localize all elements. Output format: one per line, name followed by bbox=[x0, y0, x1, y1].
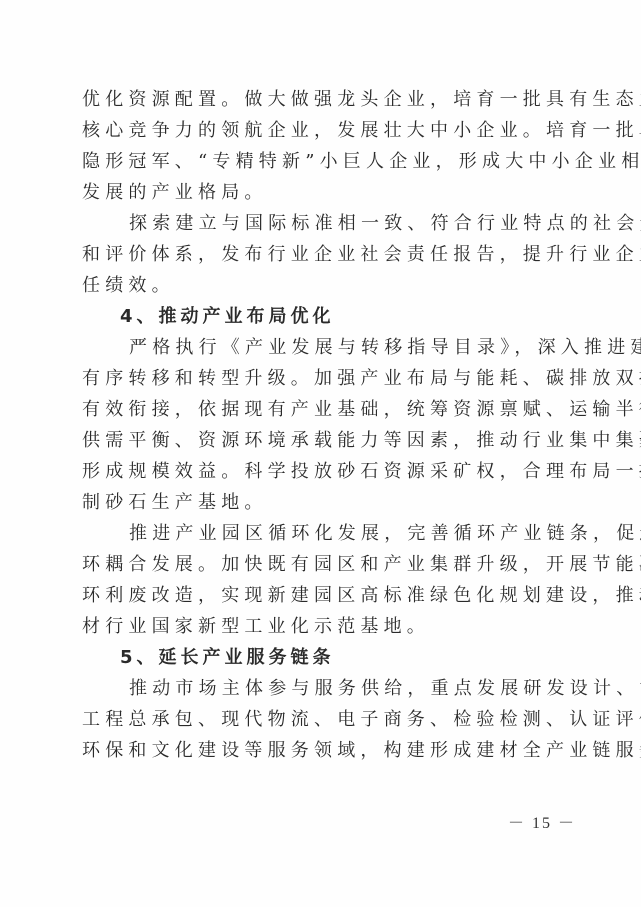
text-line: 有效衔接，依据现有产业基础，统筹资源禀赋、运输半径、区域 bbox=[82, 394, 556, 425]
text-line: 制砂石生产基地。 bbox=[82, 487, 556, 518]
paragraph-social-responsibility: 探索建立与国际标准相一致、符合行业特点的社会责任指标 和评价体系，发布行业企业社… bbox=[82, 208, 556, 301]
text-line: 有序转移和转型升级。加强产业布局与能耗、碳排放双控政策的 bbox=[82, 363, 556, 394]
text-line: 环保和文化建设等服务领域，构建形成建材全产业链服务体系， bbox=[82, 735, 556, 766]
text-line: 推动市场主体参与服务供给，重点发展研发设计、评估咨询、 bbox=[82, 673, 556, 704]
paragraph-service-chain: 推动市场主体参与服务供给，重点发展研发设计、评估咨询、 工程总承包、现代物流、电… bbox=[82, 673, 556, 766]
text-line: 形成规模效益。科学投放砂石资源采矿权，合理布局一批大型机 bbox=[82, 456, 556, 487]
text-line: 发展的产业格局。 bbox=[82, 177, 556, 208]
paragraph-industry-structure: 优化资源配置。做大做强龙头企业，培育一批具有生态主导力和 核心竞争力的领航企业，… bbox=[82, 84, 556, 208]
text-line: 环利废改造，实现新建园区高标准绿色化规划建设，推动建设建 bbox=[82, 580, 556, 611]
section-heading-4: 4、推动产业布局优化 bbox=[82, 301, 556, 332]
text-line: 优化资源配置。做大做强龙头企业，培育一批具有生态主导力和 bbox=[82, 84, 556, 115]
text-line: 任绩效。 bbox=[82, 270, 556, 301]
text-line: 隐形冠军、“专精特新”小巨人企业，形成大中小企业相互协同 bbox=[82, 146, 556, 177]
text-line: 探索建立与国际标准相一致、符合行业特点的社会责任指标 bbox=[82, 208, 556, 239]
page-number: － 15 － bbox=[508, 810, 576, 833]
text-line: 环耦合发展。加快既有园区和产业集群升级，开展节能减排、循 bbox=[82, 549, 556, 580]
paragraph-industrial-parks: 推进产业园区循环化发展，完善循环产业链条，促进产业循 环耦合发展。加快既有园区和… bbox=[82, 518, 556, 642]
text-line: 工程总承包、现代物流、电子商务、检验检测、认证评价、节能 bbox=[82, 704, 556, 735]
text-line: 供需平衡、资源环境承载能力等因素，推动行业集中集聚发展， bbox=[82, 425, 556, 456]
text-line: 核心竞争力的领航企业，发展壮大中小企业。培育一批单项冠军、 bbox=[82, 115, 556, 146]
document-page: 优化资源配置。做大做强龙头企业，培育一批具有生态主导力和 核心竞争力的领航企业，… bbox=[0, 0, 641, 907]
document-body: 优化资源配置。做大做强龙头企业，培育一批具有生态主导力和 核心竞争力的领航企业，… bbox=[82, 84, 556, 766]
text-line: 和评价体系，发布行业企业社会责任报告，提升行业企业社会责 bbox=[82, 239, 556, 270]
text-line: 推进产业园区循环化发展，完善循环产业链条，促进产业循 bbox=[82, 518, 556, 549]
text-line: 材行业国家新型工业化示范基地。 bbox=[82, 611, 556, 642]
section-heading-5: 5、延长产业服务链条 bbox=[82, 642, 556, 673]
paragraph-layout-optimization: 严格执行《产业发展与转移指导目录》，深入推进建材产业 有序转移和转型升级。加强产… bbox=[82, 332, 556, 518]
text-line: 严格执行《产业发展与转移指导目录》，深入推进建材产业 bbox=[82, 332, 556, 363]
